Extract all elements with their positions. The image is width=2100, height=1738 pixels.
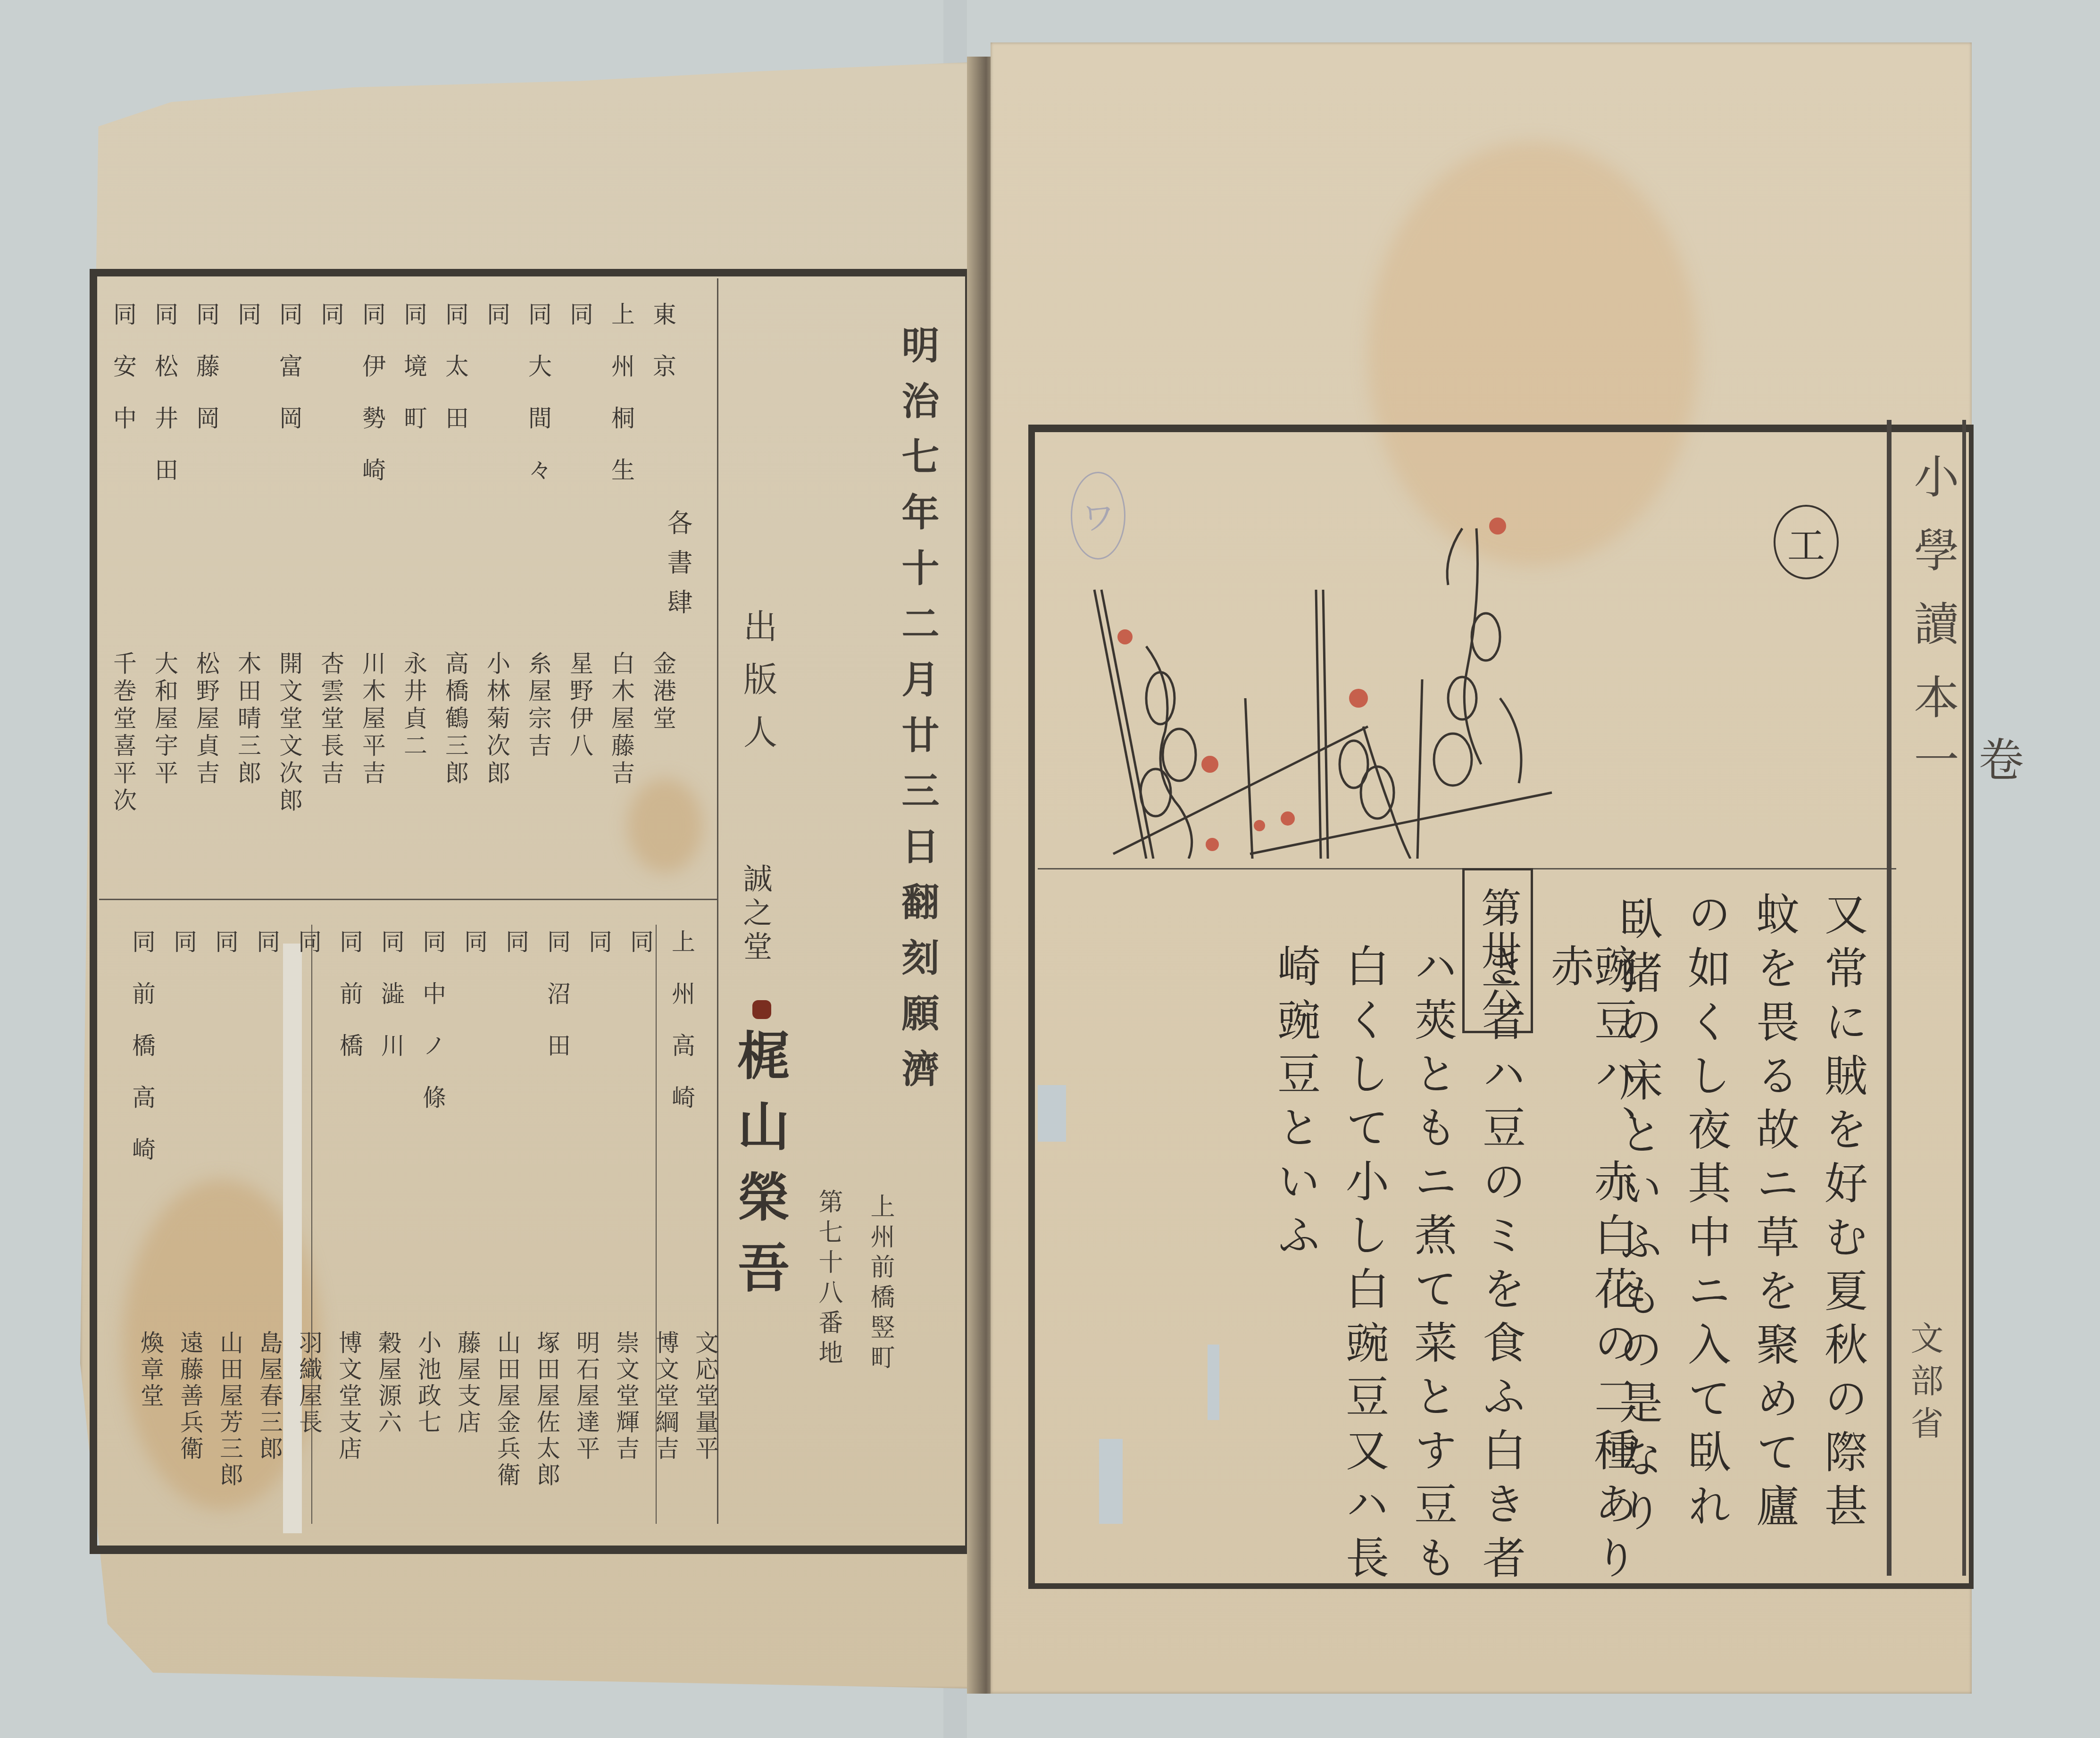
list-item: 白木屋藤吉: [609, 651, 633, 877]
library-stamp: ワ: [1071, 472, 1125, 560]
list-item: 藤屋支店: [456, 1330, 479, 1529]
text-column: ハ莢ともニ煮て菜とす豆も: [1410, 944, 1454, 1613]
list-item: 同中ノ條: [421, 929, 444, 1212]
paper-tear: [1208, 1345, 1219, 1420]
list-item: 同: [319, 302, 342, 566]
list-item: 小林菊次郎: [485, 651, 508, 877]
publisher-label: 出版人: [741, 609, 775, 835]
list-item: 同: [255, 929, 278, 1212]
list-item: 同: [172, 929, 195, 1212]
list-item: 博文堂綱吉: [654, 1330, 677, 1529]
publisher-address-line1: 上州前橋竪町: [868, 1194, 892, 1382]
list-item: 上州高崎: [670, 929, 693, 1212]
list-item: 同安中: [111, 302, 135, 566]
list-item: 大和屋宇平: [153, 651, 176, 877]
publisher-address-line2: 第七十八番地: [816, 1189, 841, 1387]
list-item: 同沼田: [545, 929, 569, 1212]
list-item: 金港堂: [651, 651, 675, 877]
list-item: 同伊勢崎: [360, 302, 384, 566]
list-item: 同: [213, 929, 237, 1212]
publisher-house: 誠之堂: [741, 863, 770, 986]
list-item: 文応堂量平: [693, 1330, 717, 1529]
list-item: 糸屋宗吉: [526, 651, 550, 877]
paper-tear: [1099, 1439, 1123, 1524]
hashira-title: 小學讀本: [1901, 453, 1966, 783]
list-item: 遠藤善兵衛: [178, 1330, 202, 1529]
paper-tear: [1038, 1085, 1066, 1142]
list-item: 同松井田: [153, 302, 176, 566]
list-item: 煥章堂: [139, 1330, 162, 1529]
text-column: き者ハ豆のミを食ふ白き者: [1479, 944, 1522, 1613]
list-item: 開文堂文次郎: [277, 651, 301, 877]
list-item: 杏雲堂長吉: [319, 651, 342, 877]
text-column: 蚊を畏る故ニ草を聚めて廬: [1752, 892, 1796, 1562]
pea-plant-illustration: [1038, 434, 1901, 859]
text-column: 豌豆ハ、赤白花の二種あり赤: [1547, 944, 1634, 1613]
colophon-date-line: 明治七年十二月廿三日翻刻願濟: [899, 326, 936, 1128]
list-item: 永井貞二: [402, 651, 425, 877]
list-item: 同: [504, 929, 527, 1212]
list-item: 同前橋: [338, 929, 361, 1212]
list-item: 同境町: [402, 302, 425, 566]
list-item: 山田屋金兵衛: [495, 1330, 519, 1529]
text-column: の如くし夜其中ニ入て臥れ: [1684, 892, 1727, 1562]
list-item: 同: [628, 929, 652, 1212]
circle-page-mark: 工: [1774, 505, 1839, 579]
list-item: 同: [236, 302, 259, 566]
list-item: 羽織屋長: [297, 1330, 321, 1529]
text-column: 崎豌豆といふ: [1274, 944, 1317, 1613]
list-item: 高橋鶴三郎: [443, 651, 467, 877]
list-item: 同前橋高崎: [130, 929, 154, 1212]
text-column: 白くして小し白豌豆又ハ長: [1342, 944, 1385, 1613]
list-item: 東京: [651, 302, 675, 566]
list-item: 同太田: [443, 302, 467, 566]
block-divider: [99, 899, 717, 900]
list-item: 山田屋芳三郎: [218, 1330, 242, 1529]
list-item: 千巻堂喜平次: [111, 651, 135, 877]
publisher-name: 梶山榮吾: [733, 1028, 785, 1453]
text-column: 又常に賊を好む夏秋の際甚: [1821, 892, 1864, 1562]
list-item: 同大間々: [526, 302, 550, 566]
list-item: 明石屋達平: [575, 1330, 598, 1529]
list-item: 博文堂支店: [337, 1330, 360, 1529]
list-item: 穀屋源六: [376, 1330, 400, 1529]
list-item: 松野屋貞吉: [194, 651, 218, 877]
red-seal-mark: [752, 1000, 771, 1019]
list-item: 島屋春三郎: [258, 1330, 281, 1529]
list-item: 同: [568, 302, 592, 566]
list-item: 同富岡: [277, 302, 301, 566]
list-item: 川木屋平吉: [360, 651, 384, 877]
hashira-publisher: 文部省: [1901, 1321, 1949, 1510]
list-item: 塚田屋佐太郎: [535, 1330, 558, 1529]
list-item: 同: [462, 929, 486, 1212]
list-item: 同: [296, 929, 320, 1212]
list-item: 星野伊八: [568, 651, 592, 877]
list-item: 小池政七: [416, 1330, 440, 1529]
list-item: 上州桐生: [609, 302, 633, 566]
list-item: 同: [587, 929, 610, 1212]
list-item: 木田晴三郎: [236, 651, 259, 877]
list-item: 同澁川: [379, 929, 403, 1212]
hashira-volume: 卷一: [1901, 736, 2030, 877]
list-item: 同: [485, 302, 508, 566]
list-item: 同藤岡: [194, 302, 218, 566]
list-item: 崇文堂輝吉: [614, 1330, 638, 1529]
